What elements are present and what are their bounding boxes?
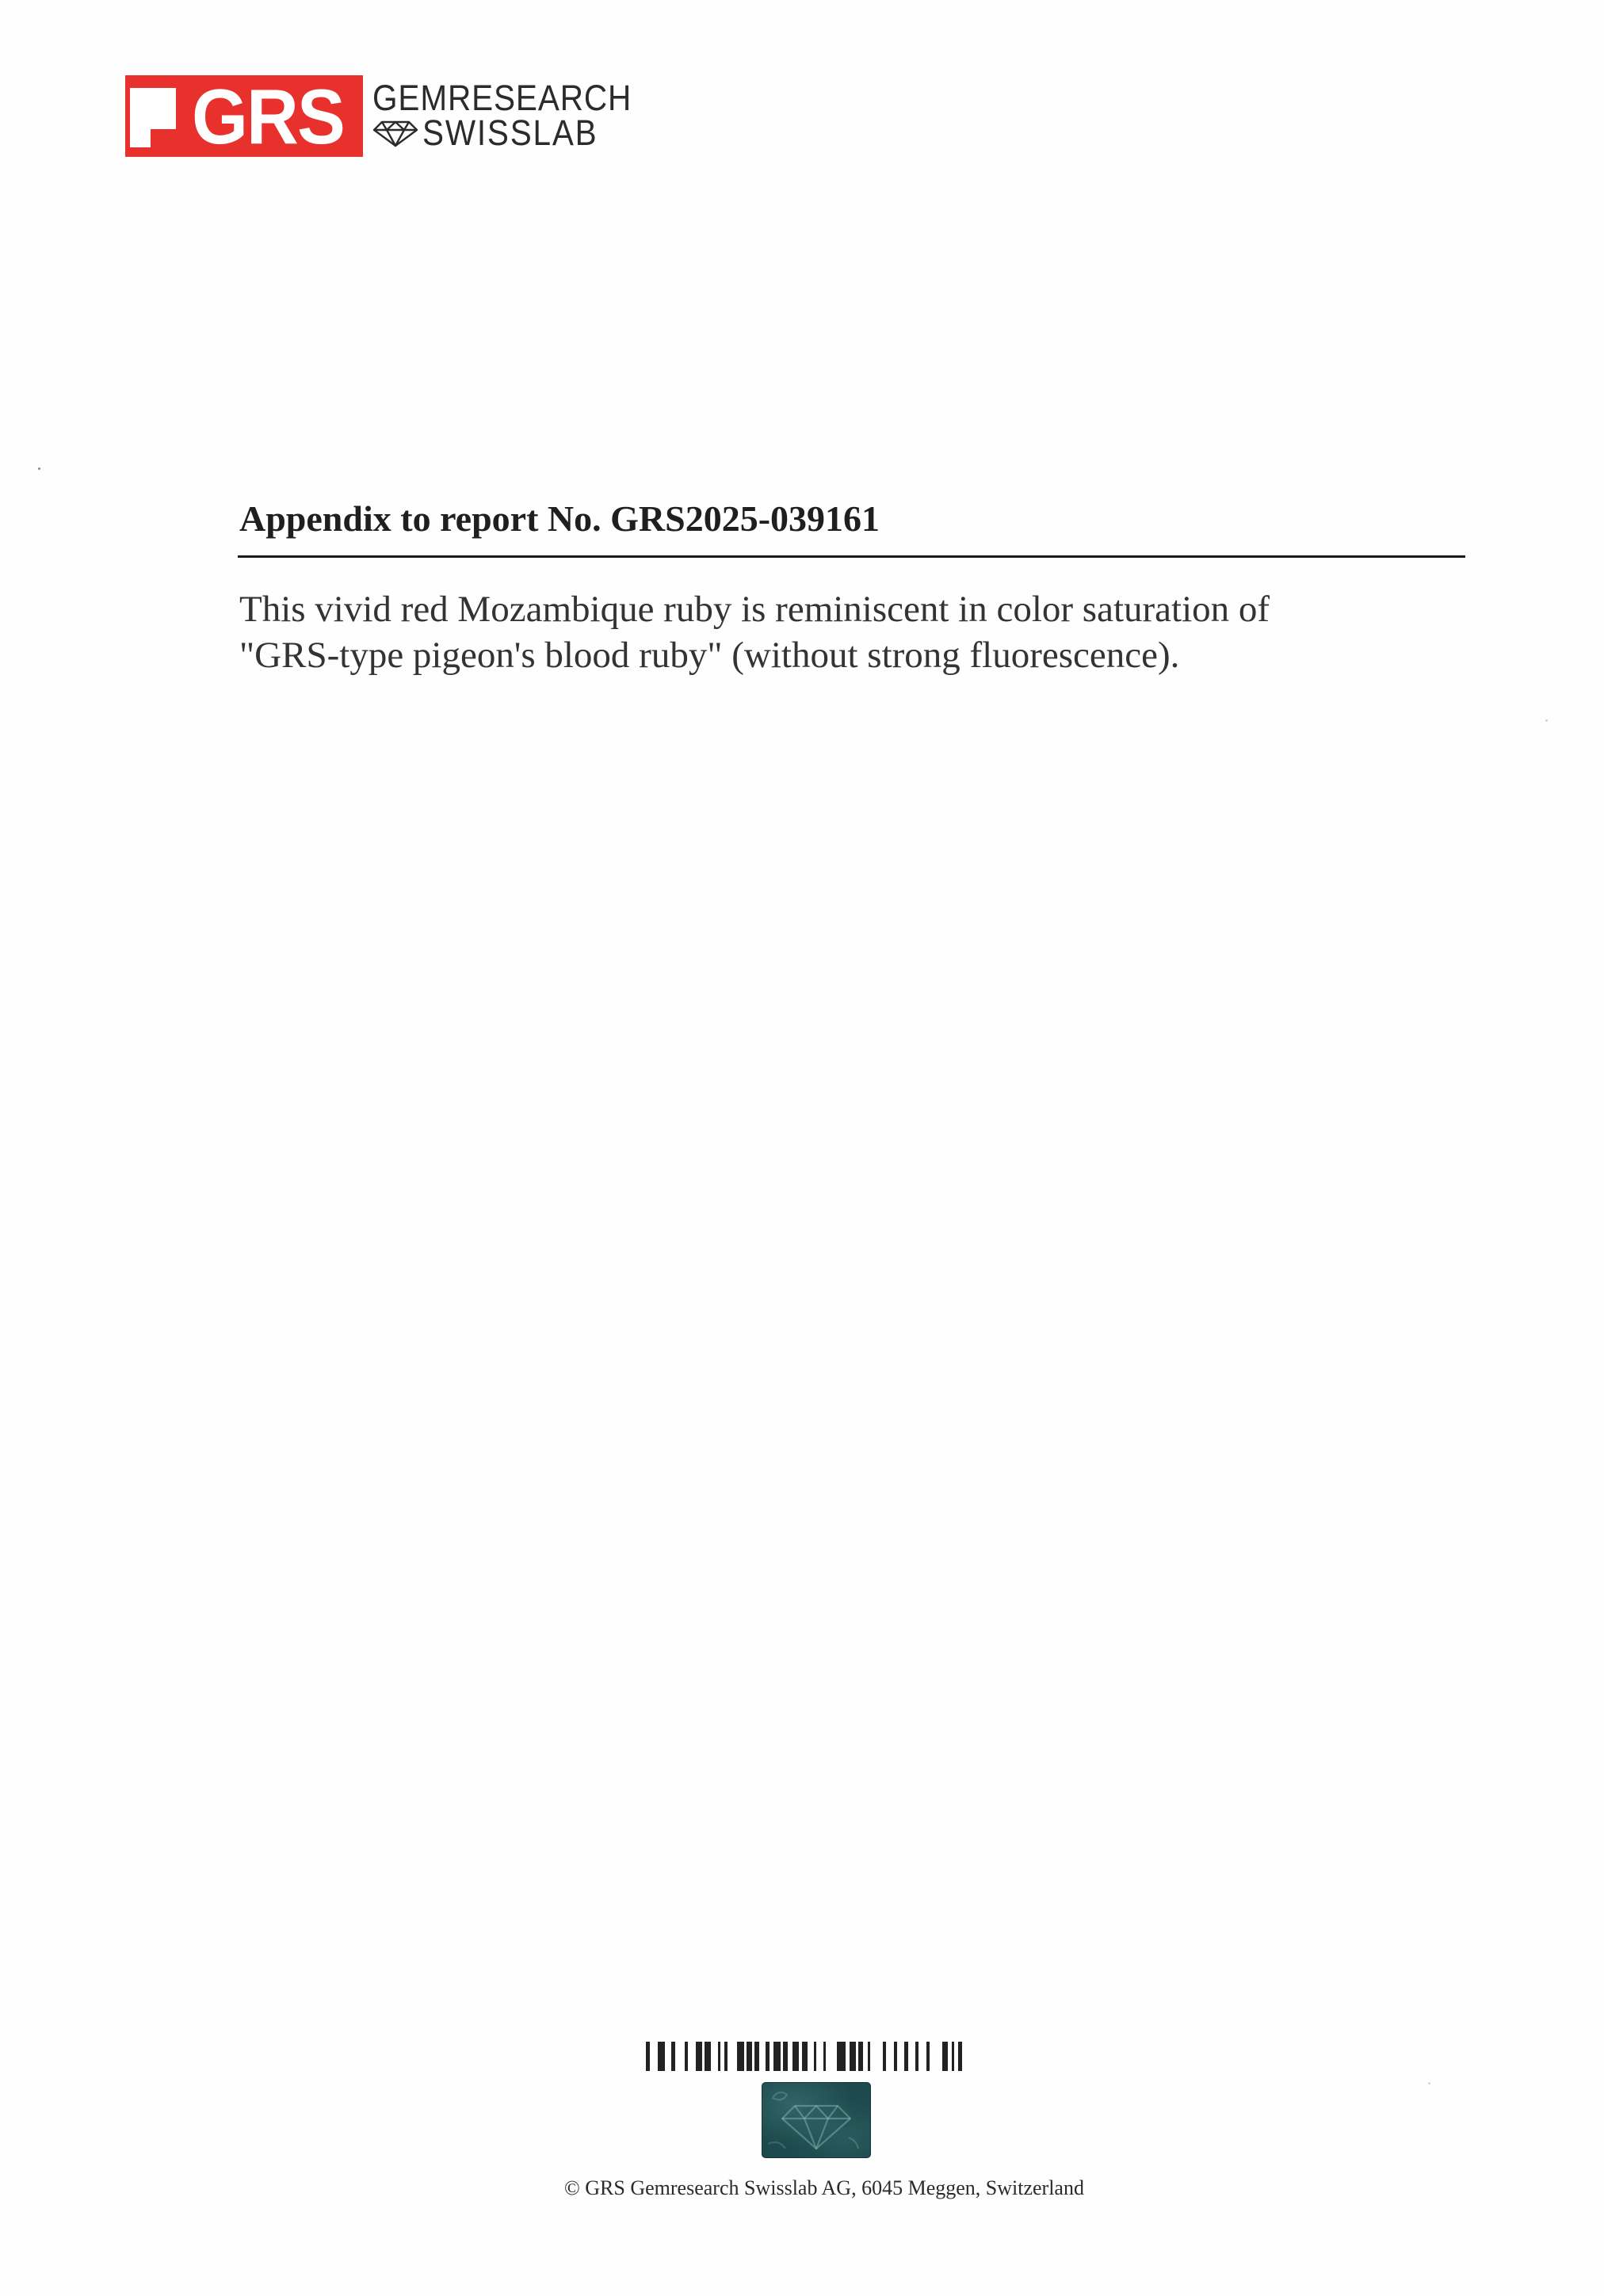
appendix-heading: Appendix to report No. GRS2025-039161 bbox=[239, 497, 880, 541]
appendix-body-line: This vivid red Mozambique ruby is remini… bbox=[239, 586, 1476, 632]
logo-mark: GRS bbox=[192, 77, 344, 156]
footer-copyright: © GRS Gemresearch Swisslab AG, 6045 Megg… bbox=[0, 2176, 1604, 2201]
scan-speck bbox=[1545, 719, 1548, 722]
heading-divider bbox=[238, 555, 1465, 558]
appendix-body-line: "GRS-type pigeon's blood ruby" (without … bbox=[239, 632, 1476, 678]
appendix-body: This vivid red Mozambique ruby is remini… bbox=[239, 586, 1476, 678]
grs-logo: GRS bbox=[125, 75, 363, 157]
logo-wordmark-line2: SWISSLAB bbox=[422, 114, 598, 152]
logo-wordmark-line1: GEMRESEARCH bbox=[372, 79, 632, 117]
swiss-cross-arm bbox=[130, 88, 176, 129]
scan-speck bbox=[38, 467, 40, 470]
hologram-diamond-icon bbox=[762, 2082, 871, 2158]
scan-speck bbox=[1428, 2082, 1430, 2084]
diamond-icon bbox=[372, 120, 418, 147]
barcode-icon bbox=[646, 2042, 979, 2071]
